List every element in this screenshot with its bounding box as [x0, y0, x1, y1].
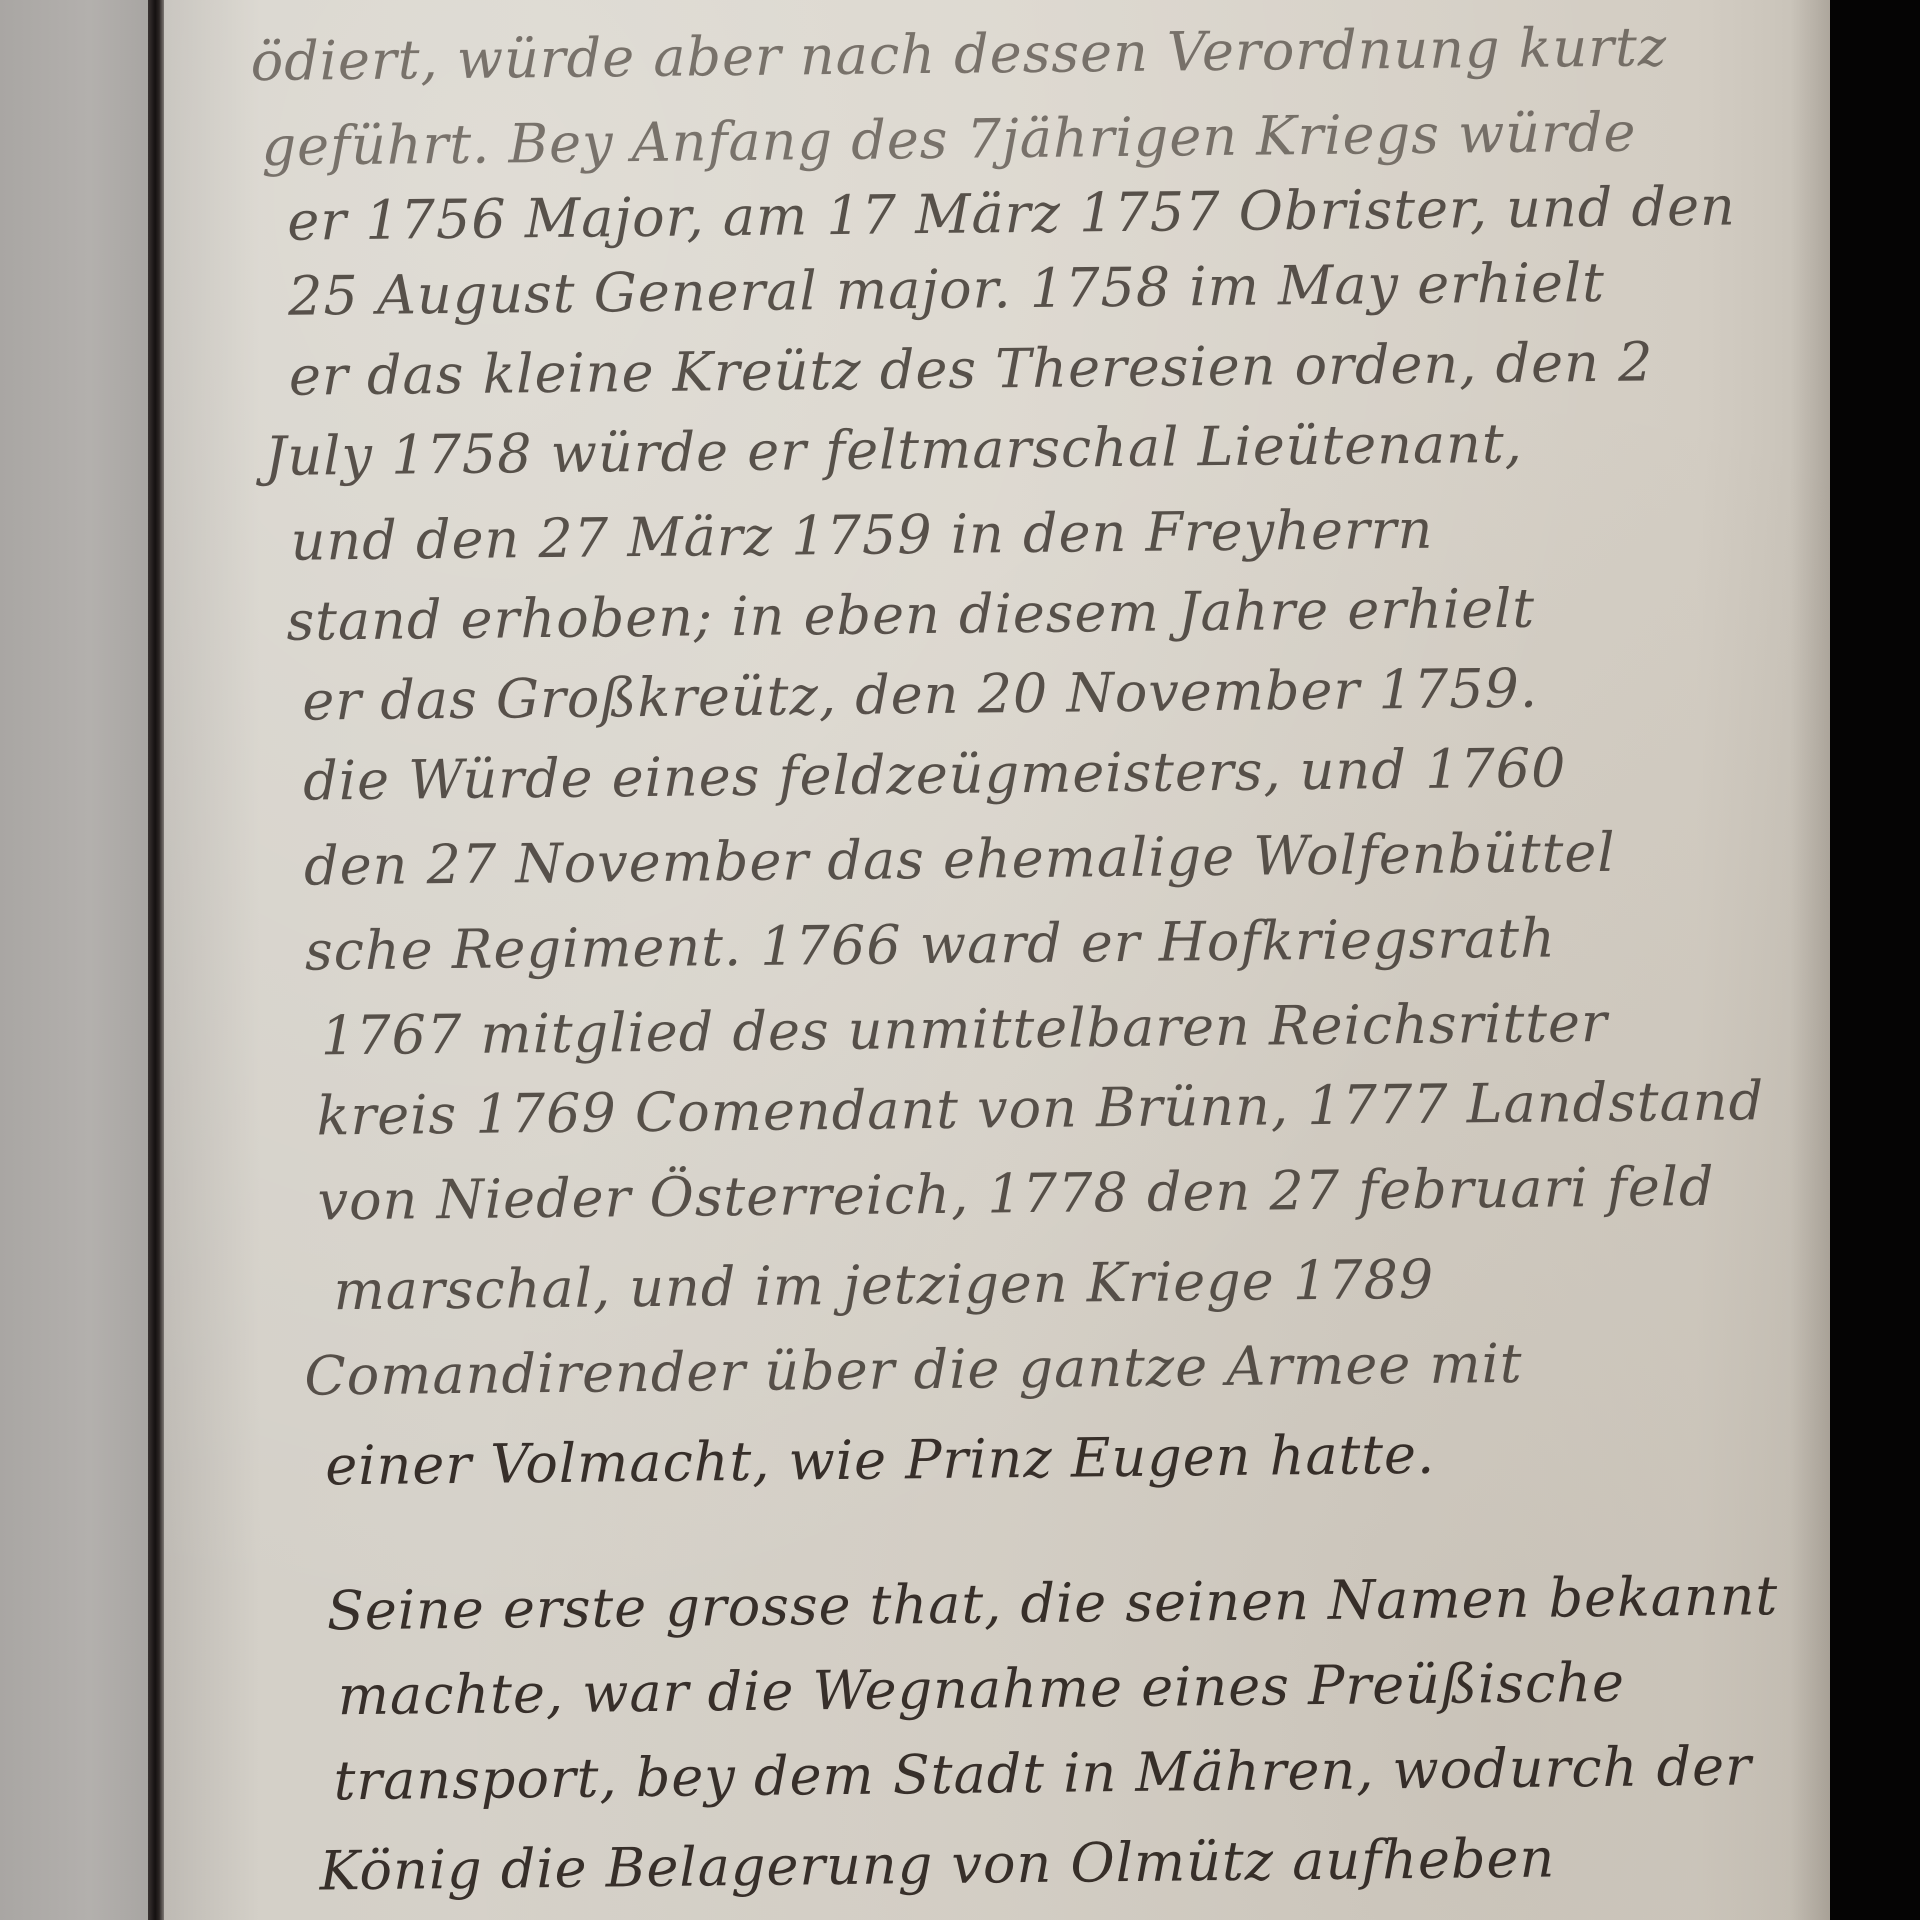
manuscript-photo: ödiert, würde aber nach dessen Verordnun… [0, 0, 1920, 1920]
page-edge-shadow [1790, 0, 1830, 1920]
manuscript-line: stand erhoben; in eben diesem Jahre erhi… [286, 577, 1535, 653]
facing-page [0, 0, 150, 1920]
manuscript-line: und den 27 März 1759 in den Freyherrn [290, 498, 1433, 573]
manuscript-line: er das Großkreütz, den 20 November 1759. [302, 657, 1538, 733]
manuscript-line: sche Regiment. 1766 ward er Hofkriegsrat… [305, 906, 1556, 982]
dark-background [1830, 0, 1920, 1920]
manuscript-line: 1767 mitglied des unmittelbaren Reichsri… [321, 991, 1609, 1067]
manuscript-line: König die Belagerung von Olmütz aufheben [319, 1827, 1555, 1903]
manuscript-line: einer Volmacht, wie Prinz Eugen hatte. [325, 1423, 1435, 1498]
manuscript-line: die Würde eines feldzeügmeisters, und 17… [303, 736, 1567, 812]
book-binding-gutter [148, 0, 164, 1920]
manuscript-line: marschal, und im jetzigen Kriege 1789 [333, 1248, 1434, 1323]
manuscript-line: machte, war die Wegnahme eines Preüßisch… [337, 1651, 1625, 1727]
manuscript-line: Comandirender über die gantze Armee mit [304, 1332, 1523, 1408]
manuscript-line: July 1758 würde er feltmarschal Lieütena… [264, 412, 1523, 488]
